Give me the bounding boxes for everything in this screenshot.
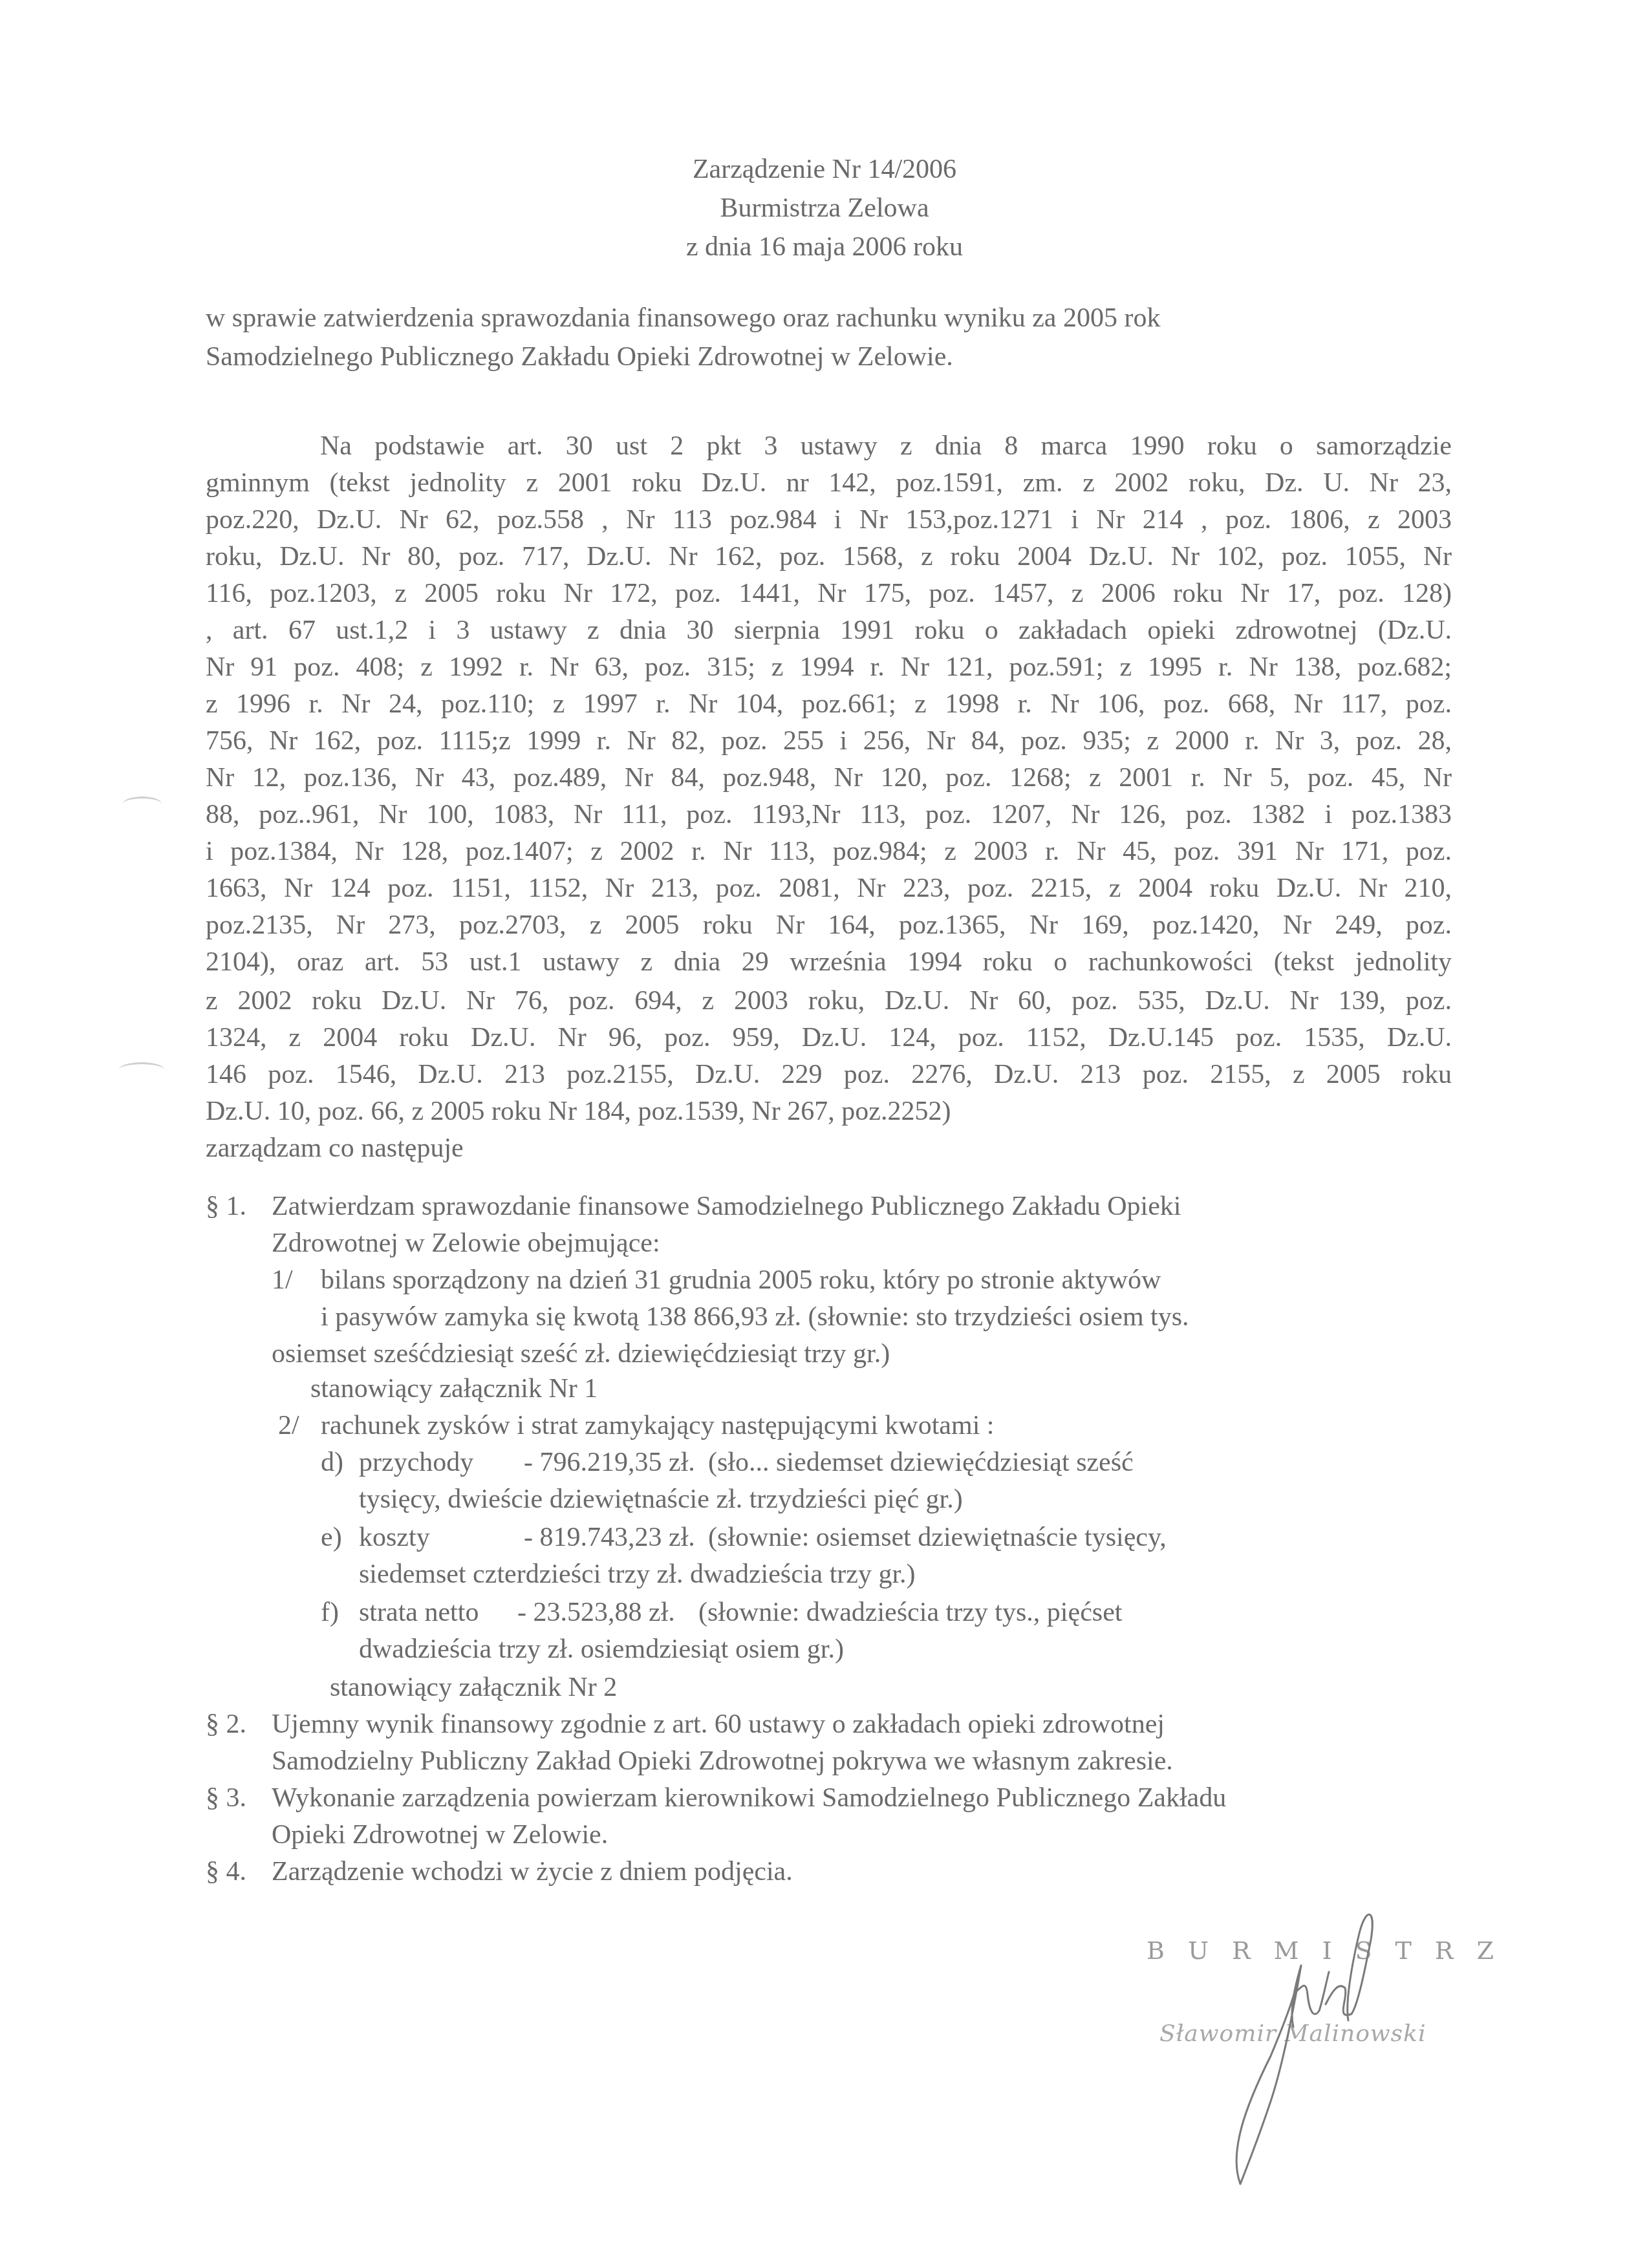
legal-basis-line: 116, poz.1203, z 2005 roku Nr 172, poz. … [206,574,1452,613]
row-words: tysięcy, dwieście dziewiętnaście zł. trz… [359,1480,963,1519]
section-2-text: Samodzielny Publiczny Zakład Opieki Zdro… [272,1742,1173,1781]
legal-basis-line: Nr 91 poz. 408; z 1992 r. Nr 63, poz. 31… [206,648,1452,687]
legal-basis-line: 1324, z 2004 roku Dz.U. Nr 96, poz. 959,… [206,1018,1452,1057]
document-date: z dnia 16 maja 2006 roku [0,228,1649,266]
row-amount: - 23.523,88 zł. [517,1593,675,1632]
section-mark-3: § 3. [206,1779,246,1817]
item-text: osiemset sześćdziesiąt sześć zł. dziewię… [272,1334,890,1373]
item-text: bilans sporządzony na dzień 31 grudnia 2… [321,1261,1161,1300]
legal-basis-line: 756, Nr 162, poz. 1115;z 1999 r. Nr 82, … [206,722,1452,760]
legal-basis-line: 88, poz..961, Nr 100, 1083, Nr 111, poz.… [206,795,1452,834]
row-letter: e) [321,1518,342,1557]
punch-hole-mark [119,1062,164,1077]
legal-basis-line: poz.220, Dz.U. Nr 62, poz.558 , Nr 113 p… [206,500,1452,539]
section-1-text: Zatwierdzam sprawozdanie finansowe Samod… [272,1187,1181,1226]
legal-basis-line: z 1996 r. Nr 24, poz.110; z 1997 r. Nr 1… [206,685,1452,723]
legal-basis-line: Nr 12, poz.136, Nr 43, poz.489, Nr 84, p… [206,758,1452,797]
legal-basis-line: Dz.U. 10, poz. 66, z 2005 roku Nr 184, p… [206,1092,951,1131]
section-1-text: Zdrowotnej w Zelowie obejmujące: [272,1224,660,1263]
document-page: Zarządzenie Nr 14/2006 Burmistrza Zelowa… [0,0,1649,2268]
attachment-ref: stanowiący załącznik Nr 1 [310,1369,598,1408]
row-label: strata netto [359,1593,479,1632]
row-words: (sło... siedemset dziewięćdziesiąt sześć [708,1443,1134,1482]
legal-basis-line: i poz.1384, Nr 128, poz.1407; z 2002 r. … [206,832,1452,871]
section-3-text: Opieki Zdrowotnej w Zelowie. [272,1815,608,1854]
row-letter: d) [321,1443,343,1482]
section-mark-4: § 4. [206,1852,246,1891]
row-words: dwadzieścia trzy zł. osiemdziesiąt osiem… [359,1630,844,1669]
attachment-ref: stanowiący załącznik Nr 2 [330,1668,617,1707]
row-words: (słownie: dwadzieścia trzy tys., pięćset [698,1593,1122,1632]
legal-basis-line: zarządzam co następuje [206,1129,464,1168]
punch-hole-mark [123,797,162,811]
row-words: (słownie: osiemset dziewiętnaście tysięc… [708,1518,1167,1557]
section-mark-1: § 1. [206,1187,246,1226]
section-3-text: Wykonanie zarządzenia powierzam kierowni… [272,1779,1226,1817]
row-label: przychody [359,1443,473,1482]
item-text: rachunek zysków i strat zamykający nastę… [321,1406,995,1445]
row-label: koszty [359,1518,430,1557]
legal-basis-line: , art. 67 ust.1,2 i 3 ustawy z dnia 30 s… [206,611,1452,650]
row-words: siedemset czterdzieści trzy zł. dwadzieś… [359,1555,916,1594]
legal-basis-line: Na podstawie art. 30 ust 2 pkt 3 ustawy … [320,427,1452,465]
document-issuer: Burmistrza Zelowa [0,189,1649,228]
legal-basis-line: poz.2135, Nr 273, poz.2703, z 2005 roku … [206,906,1452,945]
legal-basis-line: 2104), oraz art. 53 ust.1 ustawy z dnia … [206,943,1452,981]
legal-basis-line: 1663, Nr 124 poz. 1151, 1152, Nr 213, po… [206,869,1452,908]
section-mark-2: § 2. [206,1705,246,1744]
subject-line: w sprawie zatwierdzenia sprawozdania fin… [206,299,1160,337]
legal-basis-line: gminnym (tekst jednolity z 2001 roku Dz.… [206,464,1452,502]
row-letter: f) [321,1593,339,1632]
handwritten-signature [1132,1894,1520,2218]
legal-basis-line: z 2002 roku Dz.U. Nr 76, poz. 694, z 200… [206,981,1452,1020]
document-title: Zarządzenie Nr 14/2006 [0,150,1649,189]
section-2-text: Ujemny wynik finansowy zgodnie z art. 60… [272,1705,1165,1744]
subject-line: Samodzielnego Publicznego Zakładu Opieki… [206,337,953,376]
item-number: 2/ [278,1406,299,1445]
legal-basis-line: roku, Dz.U. Nr 80, poz. 717, Dz.U. Nr 16… [206,537,1452,576]
legal-basis-line: 146 poz. 1546, Dz.U. 213 poz.2155, Dz.U.… [206,1055,1452,1094]
section-4-text: Zarządzenie wchodzi w życie z dniem podj… [272,1852,793,1891]
row-amount: - 796.219,35 zł. [524,1443,695,1482]
item-text: i pasywów zamyka się kwotą 138 866,93 zł… [321,1298,1189,1336]
item-number: 1/ [272,1261,293,1300]
row-amount: - 819.743,23 zł. [524,1518,695,1557]
